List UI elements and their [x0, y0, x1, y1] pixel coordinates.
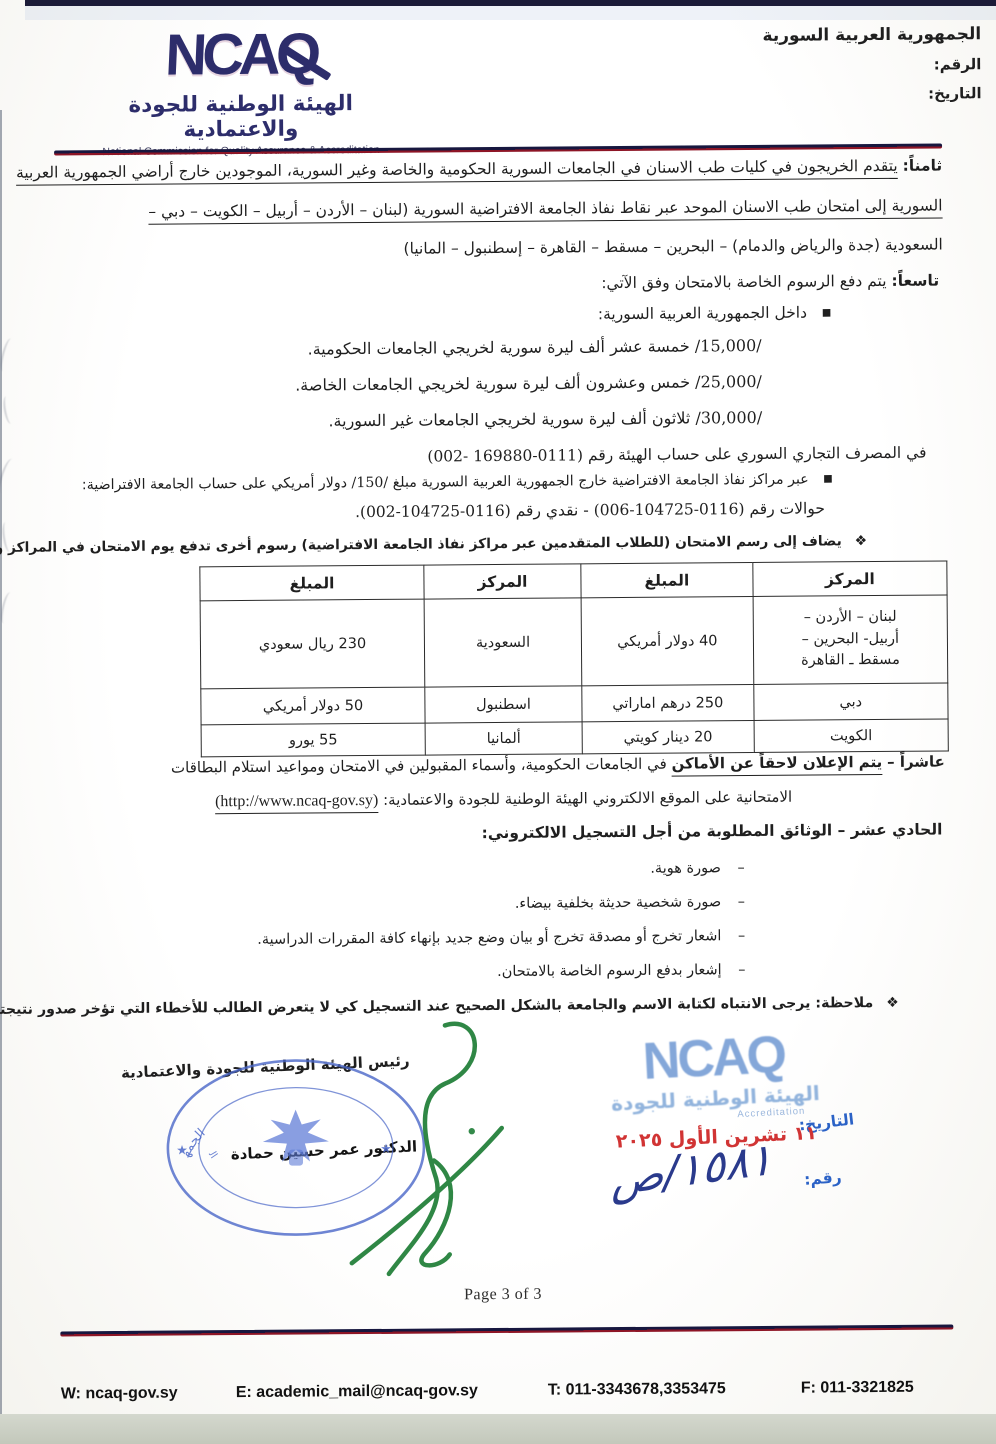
footer-email: E: academic_mail@ncaq-gov.sy — [236, 1382, 478, 1402]
section-eleven-title: الحادي عشر – الوثائق المطلوبة من أجل الت… — [482, 821, 943, 843]
section-eight-line-2: السورية إلى امتحان طب الاسنان الموحد عبر… — [148, 196, 942, 220]
fee-item-foreign: /30,000/ ثلاثون ألف ليرة سورية لخريجي ال… — [328, 408, 762, 430]
commission-logo: NCAQ الهيئة الوطنية للجودة والاعتمادية N… — [75, 25, 406, 159]
dash-bullet-icon: – — [738, 962, 745, 978]
section-eight-line-1: ثامناً: يتقدم الخريجون في كليات طب الاسن… — [16, 156, 942, 181]
table-cell-center: السعودية — [424, 598, 582, 687]
table-cell-amount: 20 دينار كويتي — [582, 720, 754, 753]
logo-brand-arabic: الهيئة الوطنية للجودة والاعتمادية — [76, 91, 406, 144]
fee-text: ثلاثون ألف ليرة سورية لخريجي الجامعات غي… — [328, 408, 690, 430]
website-url: (http://www.ncaq-gov.sy) — [215, 792, 378, 810]
table-header-center: المركز — [753, 561, 947, 597]
extra-fee-note: يضاف إلى رسم الامتحان (للطلاب المتقدمين … — [0, 533, 842, 556]
table-row: الكويت 20 دينار كويتي ألمانيا 55 يورو — [201, 719, 948, 757]
table-cell-amount: 250 درهم اماراتي — [582, 684, 754, 721]
footer-phone: T: 011-3343678,3353475 — [548, 1380, 726, 1399]
signature-dot — [469, 1128, 475, 1134]
footer-fax: F: 011-3321825 — [801, 1379, 914, 1398]
table-row: لبنان – الأردن – أربيل- البحرين – مسقط ـ… — [200, 595, 948, 689]
section-eight-line-3: السعودية (جدة والرياض والدمام) – البحرين… — [403, 235, 942, 257]
section-ten-underlined: يتم الإعلان لاحقاً عن الأماكن — [671, 753, 882, 773]
stamp-logo-acronym: NCAQ — [597, 1026, 829, 1090]
fee-amount: /25,000/ — [695, 372, 762, 392]
table-cell-center: اسطنبول — [425, 686, 582, 723]
outside-fee-amount: /150/ — [351, 475, 388, 491]
table-cell-centers: لبنان – الأردن – أربيل- البحرين – مسقط ـ… — [753, 595, 948, 685]
table-cell-amount: 55 يورو — [201, 723, 425, 757]
footer-separator — [60, 1324, 953, 1336]
doc-item-id-photo: – صورة هوية. — [650, 860, 745, 877]
section-ten-line-2: الامتحانية على الموقع الالكتروني الهيئة … — [215, 788, 792, 812]
fee-text: خمسة عشر ألف ليرة سورية لخريجي الجامعات … — [308, 336, 690, 358]
table-row: دبي 250 درهم اماراتي اسطنبول 50 دولار أم… — [201, 683, 948, 725]
table-cell-amount: 40 دولار أمريكي — [581, 596, 753, 685]
doc-item-payment-notice: – إشعار بدفع الرسوم الخاصة بالامتحان. — [497, 962, 746, 980]
section-ten-label: عاشراً – — [887, 752, 945, 770]
fees-table-wrapper: المركز المبلغ المركز المبلغ لبنان – الأر… — [199, 560, 948, 757]
table-cell-center: ألمانيا — [425, 722, 582, 755]
ref-date-label: التاريخ: — [763, 84, 982, 104]
cash-label: - نقدي رقم — [516, 501, 589, 520]
table-header-center: المركز — [424, 564, 581, 599]
doc-item-graduation-notice: – اشعار تخرج أو مصدقة تخرج أو بيان وضع ج… — [257, 928, 745, 948]
signature-scribble — [295, 1010, 529, 1294]
table-header-amount: المبلغ — [581, 562, 753, 597]
table-cell-centers: الكويت — [754, 719, 948, 753]
footer-website: W: ncaq-gov.sy — [61, 1385, 178, 1404]
dash-bullet-icon: – — [737, 860, 744, 876]
ncaq-received-stamp: NCAQ الهيئة الوطنية للجودة Accreditation — [597, 1026, 831, 1127]
diamond-bullet-icon: ❖ — [855, 533, 868, 549]
stamp-number-label: رقم: — [804, 1168, 843, 1189]
note-label: ملاحظة: — [815, 995, 873, 1011]
bank-account-line: في المصرف التجاري السوري على حساب الهيئة… — [427, 444, 926, 466]
square-bullet-icon: ■ — [822, 307, 832, 318]
section-nine-label: تاسعاً: — [891, 272, 939, 290]
fee-amount: /30,000/ — [695, 408, 762, 428]
country-title: الجمهورية العربية السورية — [762, 24, 981, 46]
bank-account-number: (002- 169880-0111) — [427, 446, 583, 465]
outside-syria-title-line: ■ عبر مراكز نفاذ الجامعة الافتراضية خارج… — [82, 471, 833, 493]
section-nine-intro: تاسعاً: يتم دفع الرسوم الخاصة بالامتحان … — [601, 272, 939, 293]
table-cell-centers: دبي — [754, 683, 948, 721]
table-cell-amount: 50 دولار أمريكي — [201, 687, 425, 725]
table-header-row: المركز المبلغ المركز المبلغ — [200, 561, 947, 601]
square-bullet-icon: ■ — [823, 473, 833, 484]
inside-syria-title-line: ■ داخل الجمهورية العربية السورية: — [598, 303, 832, 323]
dash-bullet-icon: – — [738, 894, 745, 910]
ref-number-label: الرقم: — [763, 55, 982, 75]
fee-item-private: /25,000/ خمس وعشرون ألف ليرة سورية لخريج… — [295, 372, 762, 395]
table-cell-amount: 230 ريال سعودي — [200, 599, 425, 689]
transfer-account-number: (006-104725-0116) — [594, 500, 745, 519]
bottom-scan-band — [0, 1414, 996, 1444]
header-right-block: الجمهورية العربية السورية الرقم: التاريخ… — [762, 24, 981, 104]
scanned-document-page: NCAQ الهيئة الوطنية للجودة والاعتمادية N… — [0, 0, 996, 1444]
transfer-accounts-line: حوالات رقم (006-104725-0116) - نقدي رقم … — [355, 499, 825, 521]
dash-bullet-icon: – — [738, 928, 745, 944]
cash-account-number: (002-104725-0116) — [360, 502, 511, 521]
fee-text: خمس وعشرون ألف ليرة سورية لخريجي الجامعا… — [295, 372, 690, 394]
signature-stroke — [387, 1024, 477, 1274]
fee-amount: /15,000/ — [695, 336, 762, 356]
document-content: NCAQ الهيئة الوطنية للجودة والاعتمادية N… — [0, 0, 996, 1444]
stamp-star-icon: ★ — [176, 1143, 188, 1158]
extra-fee-note-line: ❖ يضاف إلى رسم الامتحان (للطلاب المتقدمي… — [0, 533, 867, 556]
inside-syria-title: داخل الجمهورية العربية السورية: — [598, 304, 807, 324]
table-header-amount: المبلغ — [200, 565, 424, 601]
bank-text: في المصرف التجاري السوري على حساب الهيئة… — [588, 444, 927, 465]
section-eight-label: ثامناً: — [903, 156, 943, 174]
fee-item-government: /15,000/ خمسة عشر ألف ليرة سورية لخريجي … — [308, 336, 762, 359]
doc-item-personal-photo: – صورة شخصية حديثة بخلفية بيضاء. — [515, 894, 745, 912]
transfer-label: حوالات رقم — [749, 499, 825, 518]
diamond-bullet-icon: ❖ — [886, 995, 899, 1011]
fees-table: المركز المبلغ المركز المبلغ لبنان – الأر… — [199, 560, 948, 757]
